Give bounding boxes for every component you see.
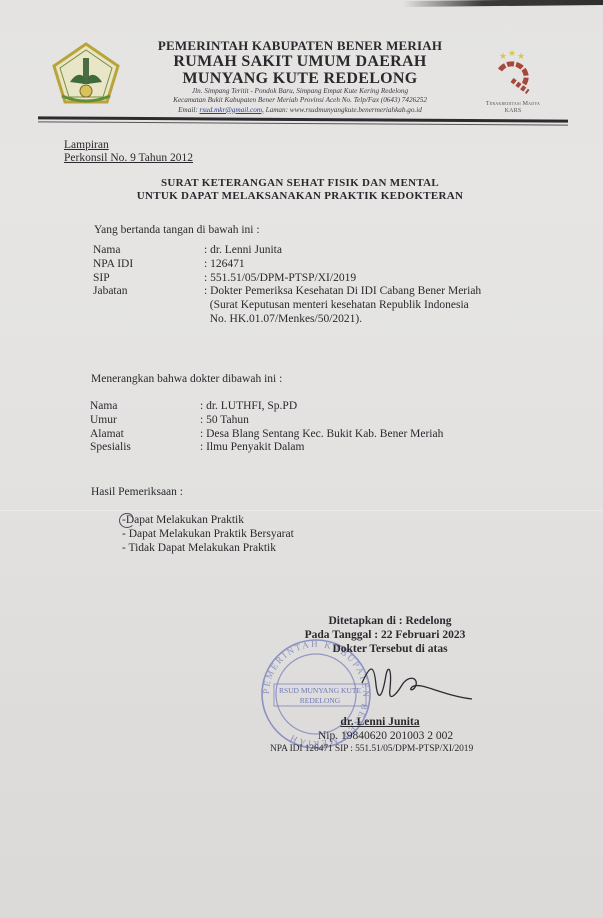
signatory-row: (Surat Keputusan menteri kesehatan Repub… <box>93 299 481 313</box>
attachment-reference: Lampiran Perkonsil No. 9 Tahun 2012 <box>64 139 193 165</box>
accreditation-label-1: Terakreditasi Madya <box>478 101 548 108</box>
field-value: : Ilmu Penyakit Dalam <box>200 441 304 455</box>
field-label <box>93 299 204 313</box>
svg-text:★: ★ <box>517 51 525 61</box>
signer-npa-sip: NPA IDI 126471 SIP : 551.51/05/DPM-PTSP/… <box>270 744 473 754</box>
field-label: SIP <box>93 272 204 286</box>
attachment-line-2: Perkonsil No. 9 Tahun 2012 <box>64 152 193 165</box>
paper-fold <box>0 510 603 511</box>
document-title-line-1: SURAT KETERANGAN SEHAT FISIK DAN MENTAL <box>110 177 490 189</box>
svg-text:REDELONG: REDELONG <box>300 696 341 705</box>
header-hospital-type: RUMAH SAKIT UMUM DAERAH <box>130 53 470 71</box>
subject-intro: Menerangkan bahwa dokter dibawah ini : <box>91 373 282 385</box>
field-value: : Desa Blang Sentang Kec. Bukit Kab. Ben… <box>200 428 443 442</box>
signatory-row: Nama: dr. Lenni Junita <box>93 244 481 258</box>
header-government: PEMERINTAH KABUPATEN BENER MERIAH <box>130 38 470 54</box>
document-paper: PEMERINTAH KABUPATEN BENER MERIAH RUMAH … <box>0 0 603 918</box>
field-value: No. HK.01.07/Menkes/50/2021). <box>204 313 362 327</box>
issue-place: Ditetapkan di : Redelong <box>280 615 500 627</box>
handwritten-signature-icon <box>360 655 480 715</box>
signatory-row: SIP: 551.51/05/DPM-PTSP/XI/2019 <box>93 272 481 286</box>
field-value: : 126471 <box>204 258 245 272</box>
result-option: - Dapat Melakukan Praktik Bersyarat <box>122 527 294 541</box>
signatory-row: Jabatan: Dokter Pemeriksa Kesehatan Di I… <box>93 285 481 299</box>
result-option-text: -Dapat Melakukan Praktik <box>122 514 244 526</box>
result-option: - Tidak Dapat Melakukan Praktik <box>122 541 294 555</box>
svg-text:★: ★ <box>499 51 507 61</box>
signer-nip: Nip. 19840620 201003 2 002 <box>318 730 453 742</box>
address-line-2: Kecamatan Bukit Kabupaten Bener Meriah P… <box>130 96 470 105</box>
svg-text:★: ★ <box>508 50 516 58</box>
regency-crest-icon <box>52 42 120 104</box>
header-address: Jln. Simpang Teritit - Pondok Baru, Simp… <box>130 87 470 115</box>
signatory-intro: Yang bertanda tangan di bawah ini : <box>94 224 260 236</box>
website-link[interactable]: www.rsudmunyangkute.benermeriahkab.go.id <box>290 106 422 114</box>
contact-line: Email: rsud.mkr@gmail.com, Laman: www.rs… <box>130 106 470 115</box>
field-value: : dr. LUTHFI, Sp.PD <box>200 400 297 414</box>
kars-accreditation-icon: ★ ★ ★ <box>488 50 538 96</box>
field-label: Alamat <box>90 428 200 442</box>
field-value: : 551.51/05/DPM-PTSP/XI/2019 <box>204 272 356 286</box>
issue-date: Pada Tanggal : 22 Februari 2023 <box>270 629 500 641</box>
header-hospital-name: MUNYANG KUTE REDELONG <box>130 70 470 88</box>
subject-row: Spesialis: Ilmu Penyakit Dalam <box>90 441 443 455</box>
svg-text:RSUD MUNYANG KUTE: RSUD MUNYANG KUTE <box>279 686 362 695</box>
result-option-selected: -Dapat Melakukan Praktik <box>122 513 294 527</box>
circle-mark-icon <box>119 513 135 528</box>
accreditation-label-2: KARS <box>478 108 548 115</box>
photo-edge-shadow <box>403 0 603 7</box>
field-label: NPA IDI <box>93 258 204 272</box>
field-label: Nama <box>90 400 200 414</box>
signatory-row: NPA IDI: 126471 <box>93 258 481 272</box>
subject-details: Nama: dr. LUTHFI, Sp.PD Umur: 50 Tahun A… <box>90 400 443 455</box>
field-value: : 50 Tahun <box>200 414 249 428</box>
field-label: Jabatan <box>93 285 204 299</box>
field-label: Nama <box>93 244 204 258</box>
field-value: (Surat Keputusan menteri kesehatan Repub… <box>204 299 469 313</box>
field-label <box>93 313 204 327</box>
exam-result-label: Hasil Pemeriksaan : <box>91 486 183 498</box>
field-label: Umur <box>90 414 200 428</box>
address-line-1: Jln. Simpang Teritit - Pondok Baru, Simp… <box>130 87 470 96</box>
email-label: Email: <box>178 106 198 114</box>
field-label: Spesialis <box>90 441 200 455</box>
website-label: Laman: <box>266 106 288 114</box>
attachment-line-1: Lampiran <box>64 139 193 152</box>
kars-accreditation-logo: ★ ★ ★ Terakreditasi Madya KARS <box>478 50 548 122</box>
exam-result-options: -Dapat Melakukan Praktik - Dapat Melakuk… <box>122 513 294 555</box>
subject-row: Nama: dr. LUTHFI, Sp.PD <box>90 400 443 414</box>
signatory-row: No. HK.01.07/Menkes/50/2021). <box>93 313 481 327</box>
field-value: : dr. Lenni Junita <box>204 244 282 258</box>
email-link[interactable]: rsud.mkr@gmail.com, <box>200 106 264 114</box>
signatory-details: Nama: dr. Lenni Junita NPA IDI: 126471 S… <box>93 244 481 327</box>
subject-row: Alamat: Desa Blang Sentang Kec. Bukit Ka… <box>90 428 443 442</box>
field-value: : Dokter Pemeriksa Kesehatan Di IDI Caba… <box>204 285 481 299</box>
subject-row: Umur: 50 Tahun <box>90 414 443 428</box>
signer-role: Dokter Tersebut di atas <box>280 643 500 655</box>
signer-name: dr. Lenni Junita <box>320 716 440 728</box>
document-title-line-2: UNTUK DAPAT MELAKSANAKAN PRAKTIK KEDOKTE… <box>110 190 490 202</box>
